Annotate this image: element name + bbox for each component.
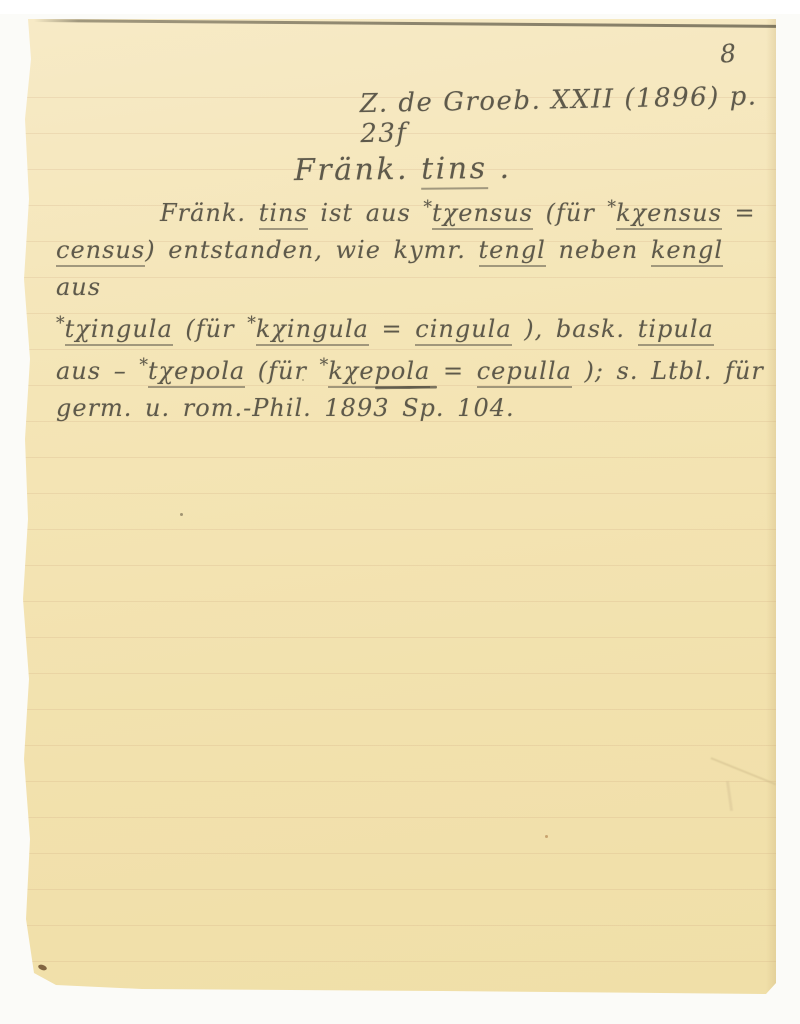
- underlined-word: cingula: [415, 315, 511, 346]
- paper-speck: [545, 835, 548, 838]
- page-number: 8: [719, 38, 738, 68]
- superscript-asterisk: *: [320, 356, 329, 376]
- paper-crease: [698, 757, 776, 817]
- underlined-word: cepulla: [477, 357, 572, 388]
- manuscript-line: census) entstanden, wie kymr. tengl nebe…: [56, 232, 768, 306]
- underlined-word: census: [56, 236, 145, 267]
- scanner-background: [0, 0, 800, 14]
- text-run: germ. u. rom.-Phil. 1893 Sp. 104.: [56, 394, 515, 422]
- manuscript-line: germ. u. rom.-Phil. 1893 Sp. 104.: [56, 390, 768, 427]
- underlined-word: kχensus: [616, 199, 722, 230]
- text-run: ); s. Ltbl. für: [572, 357, 764, 385]
- underlined-word: tχepola: [148, 357, 245, 388]
- superscript-asterisk: *: [423, 198, 432, 218]
- text-run: (für: [245, 357, 319, 385]
- text-run: (für: [173, 315, 247, 343]
- text-run: ), bask.: [512, 315, 638, 343]
- text-run: ist aus: [308, 199, 424, 227]
- paper-speck: [37, 964, 47, 972]
- superscript-asterisk: *: [139, 356, 148, 376]
- text-run: (für: [533, 199, 607, 227]
- underlined-word: tins: [421, 151, 488, 190]
- text-run: Fränk.: [294, 152, 421, 188]
- text-run: =: [430, 357, 476, 385]
- manuscript-line: aus – *tχepola (für *kχepola = cepulla )…: [56, 348, 768, 390]
- paper-speck: [180, 513, 183, 516]
- underlined-word: tengl: [479, 236, 546, 267]
- underlined-word: kengl: [651, 236, 723, 267]
- underlined-word: tipula: [638, 315, 714, 346]
- paper-edge-shade: [766, 19, 776, 995]
- underlined-word: kχepola: [328, 357, 430, 388]
- text-run: .: [487, 151, 511, 186]
- underlined-word: tχingula: [65, 315, 173, 346]
- paper-top-edge: [34, 19, 776, 28]
- manuscript-line: Fränk. tins ist aus *tχensus (für *kχens…: [56, 190, 768, 232]
- text-run: =: [369, 315, 415, 343]
- superscript-asterisk: *: [56, 314, 65, 334]
- superscript-asterisk: *: [247, 314, 256, 334]
- paper-speck: [302, 379, 304, 381]
- underlined-word: kχingula: [256, 315, 369, 346]
- underlined-word: tχensus: [432, 199, 533, 230]
- underlined-word: tins: [259, 199, 308, 230]
- text-run: ) entstanden, wie kymr.: [145, 236, 478, 264]
- body-text: Fränk. tins ist aus *tχensus (für *kχens…: [56, 190, 768, 427]
- text-run: neben: [546, 236, 651, 264]
- superscript-asterisk: *: [607, 198, 616, 218]
- text-run: Fränk.: [160, 199, 259, 227]
- manuscript-paper: 8 Z. de Groeb. XXII (1896) p. 23f Fränk.…: [22, 19, 776, 995]
- citation-line: Z. de Groeb. XXII (1896) p. 23f: [359, 81, 790, 149]
- manuscript-line: *tχingula (für *kχingula = cingula ), ba…: [56, 306, 768, 348]
- text-run: aus –: [56, 357, 139, 385]
- page-title: Fränk. tins .: [294, 151, 512, 188]
- text-run: =: [722, 199, 756, 227]
